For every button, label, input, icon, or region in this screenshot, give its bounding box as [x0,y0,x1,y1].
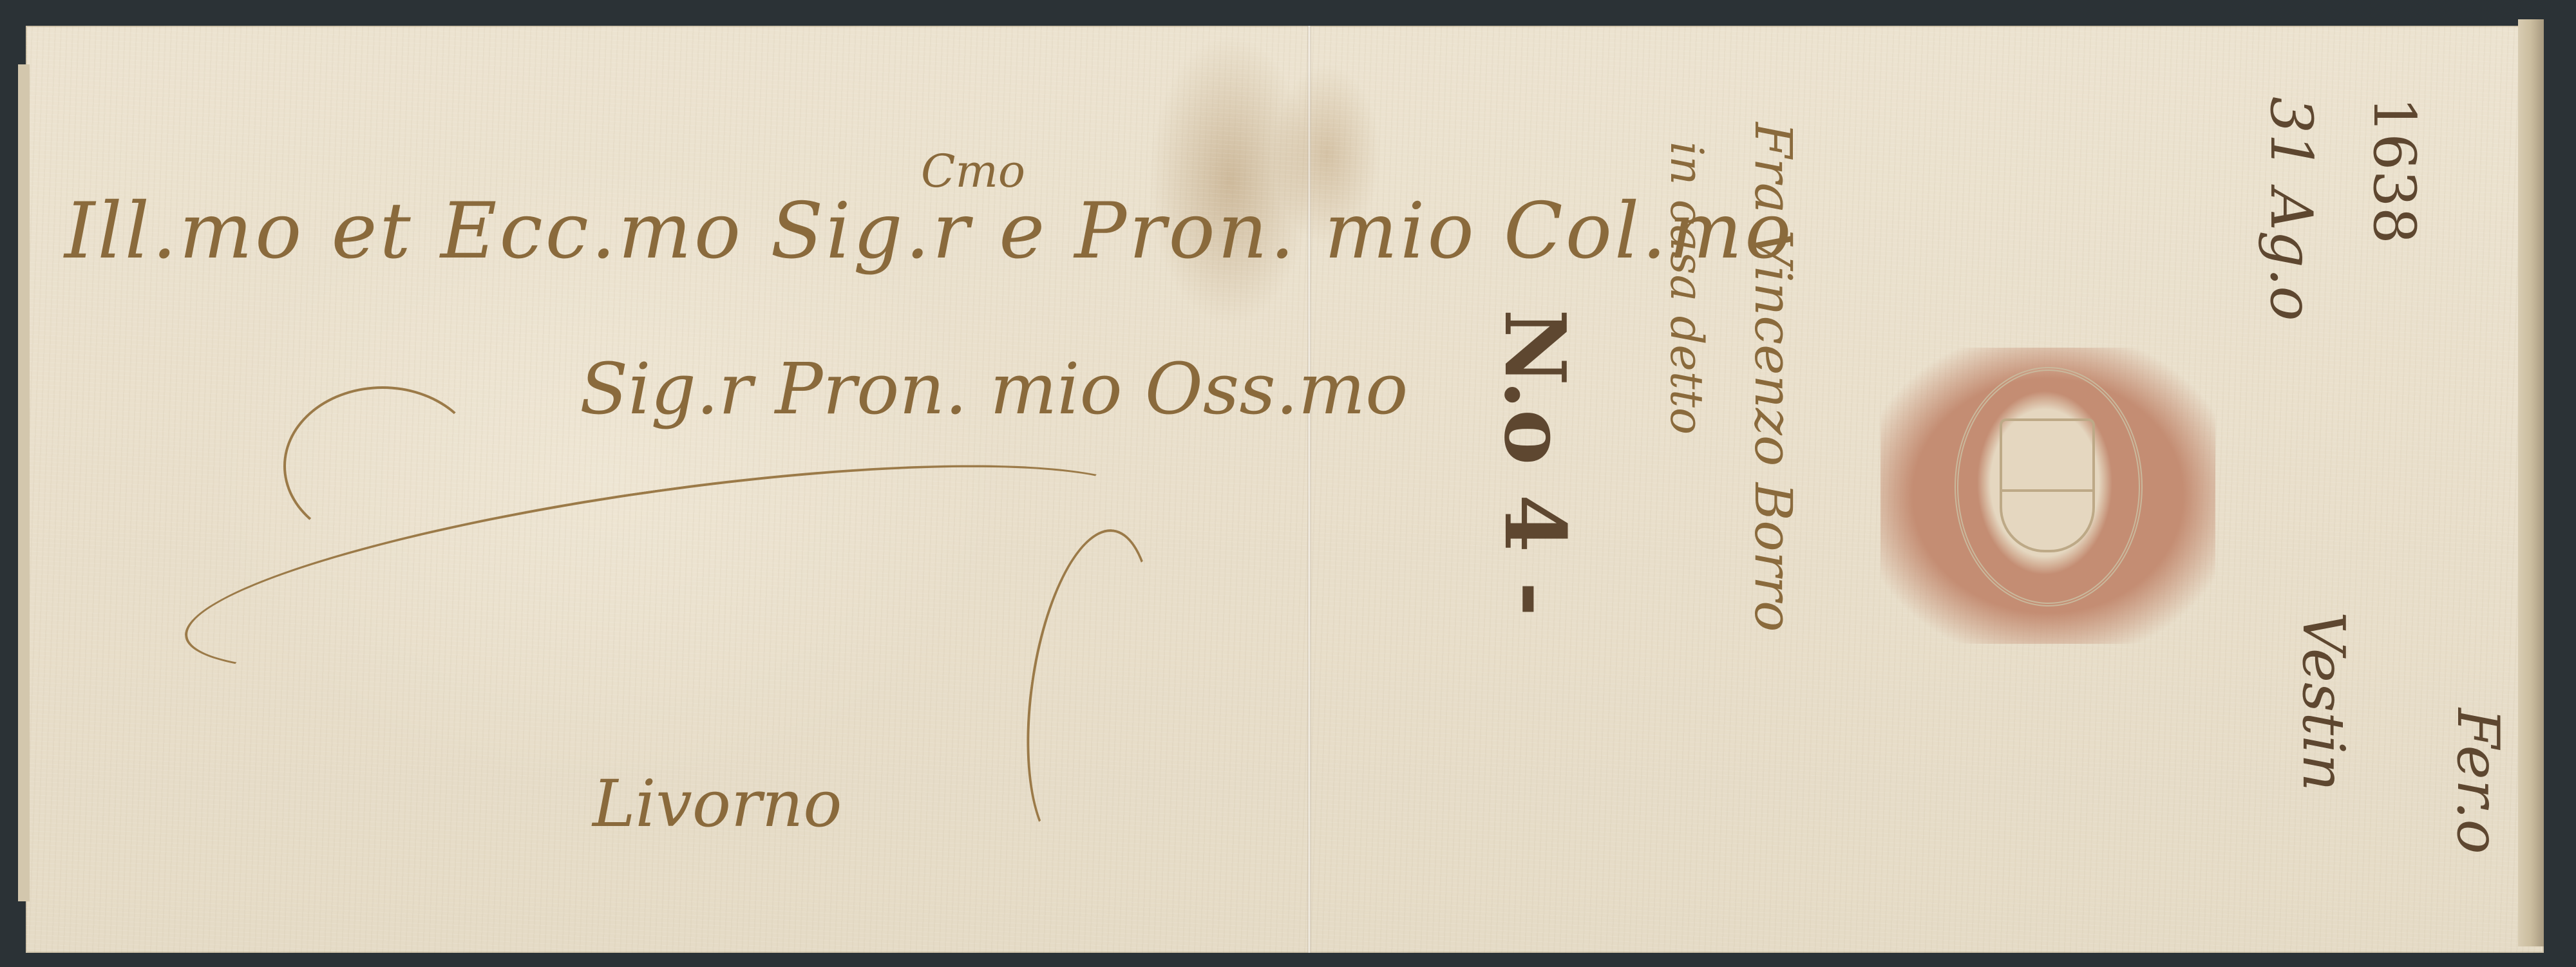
seal-coat-of-arms-icon [2000,418,2095,552]
docket-line-2: in casa detto [1660,142,1713,435]
address-superscript: Cmo [921,145,1025,198]
docket-line-1: Fra Vincenzo Borro [1743,122,1803,632]
seal-shield-bar [2000,489,2095,492]
letter-sheet: Ill.mo et Ecc.mo Sig.r e Pron. mio Col.m… [26,26,2544,953]
paper-edge-right [2518,19,2544,946]
recipient-note-2: Fer.o [2444,708,2512,854]
docket-number: N.o 4 - [1486,309,1584,616]
address-place: Livorno [592,766,842,841]
recipient-note-1: Vestin [2289,612,2357,791]
address-salutation: Ill.mo et Ecc.mo Sig.r e Pron. mio Col.m… [64,187,1794,276]
archive-date: 31 Ag.o [2257,97,2325,321]
address-name: Sig.r Pron. mio Oss.mo [580,348,1408,430]
fold-line [1307,26,1311,953]
flourish-stroke [1009,521,1174,861]
archive-year: 1638 [2360,97,2428,244]
flourish-stroke [283,386,482,546]
wax-seal [1880,348,2215,644]
paper-edge-left [18,64,30,901]
